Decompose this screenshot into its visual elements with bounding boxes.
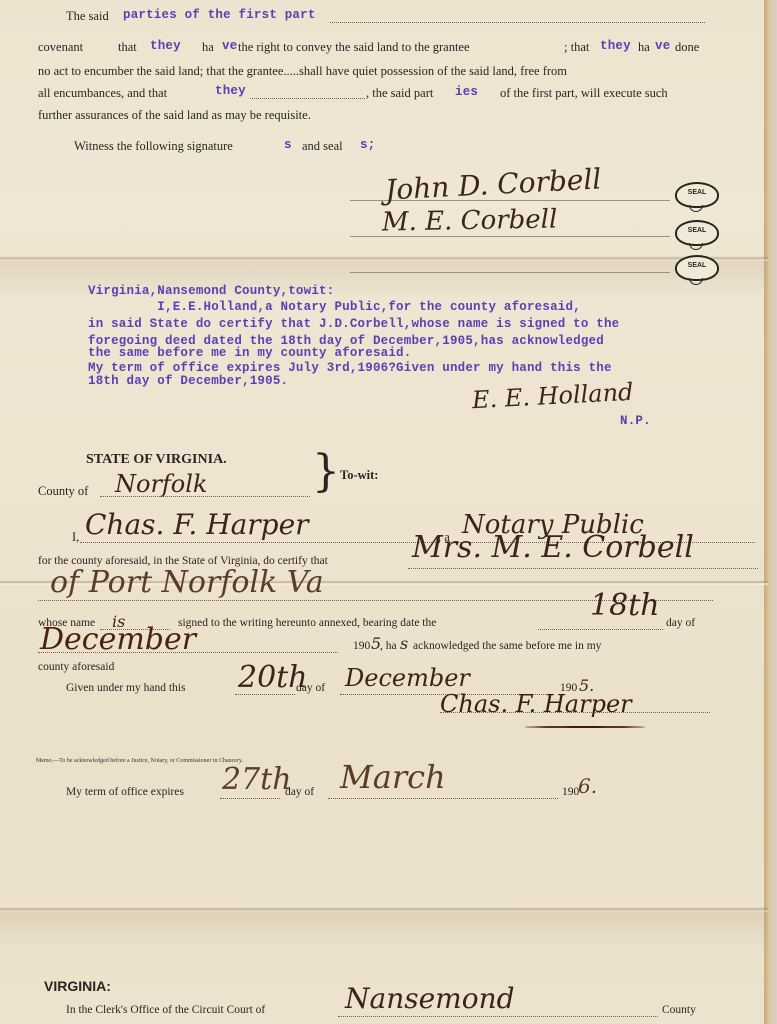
notary-title: N.P.	[620, 414, 651, 428]
given-day-of-label: day of	[296, 682, 325, 694]
term-day-of-label: day of	[285, 786, 314, 798]
assurances-text: further assurances of the said land as m…	[38, 108, 311, 123]
day-of-label: day of	[666, 617, 695, 629]
grantor-name-handwritten: Mrs. M. E. Corbell	[412, 530, 694, 565]
said-parties-text: , the said part	[366, 86, 433, 101]
term-year-prefix: 190	[562, 786, 579, 798]
blank-line	[80, 542, 440, 543]
seal-icon-3: SEAL	[675, 255, 719, 281]
clerk-office-text: In the Clerk's Office of the Circuit Cou…	[66, 1004, 265, 1016]
that-text-2: ; that	[564, 40, 589, 55]
given-label: Given under my hand this	[66, 682, 185, 694]
blank-line	[220, 798, 280, 799]
fold-shadow-3	[0, 910, 768, 950]
given-month-handwritten: December	[345, 664, 470, 692]
memo-notice: Memo.—To be acknowledged before a Justic…	[36, 758, 243, 764]
s-typed-2: s;	[360, 138, 375, 152]
acknowledged-text: acknowledged the same before me in my	[413, 640, 601, 652]
parties-typed: parties of the first part	[123, 8, 316, 22]
ve-typed-2: ve	[655, 39, 670, 53]
signature-me-corbell: M. E. Corbell	[382, 204, 558, 237]
term-label: My term of office expires	[66, 786, 184, 798]
s-typed-1: s	[284, 138, 292, 152]
officer-name-handwritten: Chas. F. Harper	[85, 508, 309, 541]
state-heading: STATE OF VIRGINIA.	[86, 452, 227, 468]
date-day-handwritten: 18th	[590, 588, 660, 623]
blank-line	[328, 798, 558, 799]
witness-text: Witness the following signature	[74, 139, 233, 154]
encumbances-text: all encumbances, and that	[38, 86, 167, 101]
typed-line: I,E.E.Holland,a Notary Public,for the co…	[88, 300, 581, 314]
ha-text-2: ha	[638, 40, 650, 55]
county-aforesaid-text: county aforesaid	[38, 661, 114, 673]
has-suffix-handwritten: s	[400, 634, 408, 653]
term-month-handwritten: March	[340, 758, 446, 796]
covenant-text: covenant	[38, 40, 83, 55]
ies-typed: ies	[455, 85, 478, 99]
officer-signature-handwritten: Chas. F. Harper	[440, 690, 632, 718]
done-text: done	[675, 40, 699, 55]
term-day-handwritten: 27th	[222, 762, 292, 797]
typed-line: My term of office expires July 3rd,1906?…	[88, 361, 612, 375]
county-suffix-label: County	[662, 1004, 696, 1016]
county-handwritten: Norfolk	[115, 470, 207, 498]
ha-text: ha	[202, 40, 214, 55]
they-typed-3: they	[215, 84, 246, 98]
said-label: The said	[66, 9, 109, 24]
typed-line: in said State do certify that J.D.Corbel…	[88, 317, 619, 331]
clerk-county-handwritten: Nansemond	[345, 982, 515, 1015]
year-prefix: 190	[353, 640, 370, 652]
date-month-handwritten: December	[40, 622, 196, 657]
signature-flourish	[525, 726, 645, 728]
term-year-suffix-handwritten: 6.	[578, 774, 597, 798]
i-label: I,	[72, 530, 79, 545]
blank-line	[538, 629, 663, 630]
blank-line	[250, 98, 365, 99]
that-text: that	[118, 40, 137, 55]
encumber-text: no act to encumber the said land; that t…	[38, 64, 567, 79]
they-typed-1: they	[150, 39, 181, 53]
seal-text: and seal	[302, 139, 343, 154]
grantor-place-handwritten: of Port Norfolk Va	[50, 565, 324, 600]
typed-line: 18th day of December,1905.	[88, 374, 288, 388]
county-label: County of	[38, 484, 88, 499]
seal-icon-2: SEAL	[675, 220, 719, 246]
signed-text: signed to the writing hereunto annexed, …	[178, 617, 436, 629]
seal-icon-1: SEAL	[675, 182, 719, 208]
has-label: , ha	[380, 640, 397, 652]
execute-text: of the first part, will execute such	[500, 86, 668, 101]
blank-line	[330, 22, 705, 23]
paper-edge	[764, 0, 777, 1024]
blank-line	[338, 1016, 658, 1017]
ve-typed-1: ve	[222, 39, 237, 53]
brace-icon: }	[312, 450, 340, 494]
typed-line: the same before me in my county aforesai…	[88, 346, 411, 360]
towit-label: To-wit:	[340, 468, 378, 483]
typed-line: Virginia,Nansemond County,towit:	[88, 284, 334, 298]
they-typed-2: they	[600, 39, 631, 53]
signature-line-3	[350, 272, 670, 273]
blank-line	[408, 568, 758, 569]
virginia-heading: VIRGINIA:	[44, 978, 111, 994]
right-text: the right to convey the said land to the…	[238, 40, 470, 55]
